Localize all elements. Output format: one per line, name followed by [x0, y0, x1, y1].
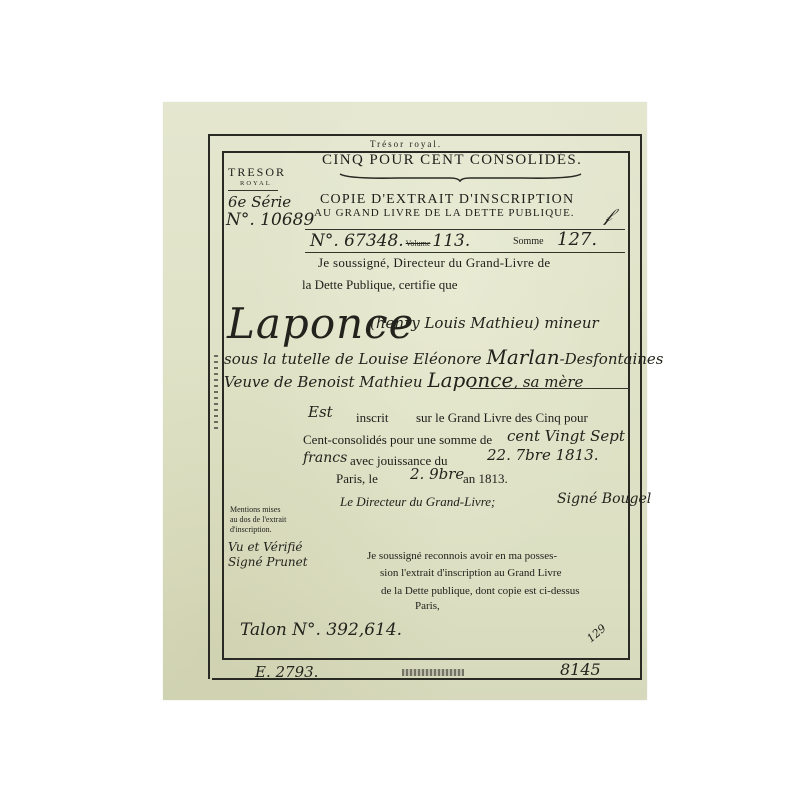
receipt-line3: de la Dette publique, dont copie est ci-… [381, 585, 580, 597]
issue-year: an 1813. [463, 471, 508, 487]
reference-number-row: N°. 67348.Volume113. [310, 231, 470, 251]
receipt-line1: Je soussigné reconnois avoir en ma posse… [367, 550, 557, 562]
stamp-royal: ROYAL [240, 180, 272, 187]
document-subtitle-line2: AU GRAND LIVRE DE LA DETTE PUBLIQUE. [314, 207, 575, 219]
certification-line1: Je soussigné, Directeur du Grand-Livre d… [318, 255, 551, 271]
talon-number: Talon N°. 392,614. [240, 620, 402, 640]
outer-border-right [640, 134, 642, 679]
serie-number: N°. 10689 [226, 210, 314, 230]
guardian-line: sous la tutelle de Louise Eléonore Marla… [224, 345, 664, 369]
volume-number: 113. [432, 231, 470, 251]
mentions-line: d'inscription. [230, 525, 286, 535]
jouissance-date: 22. 7bre 1813. [487, 446, 599, 464]
directeur-label: Le Directeur du Grand-Livre; [340, 494, 495, 510]
beneficiary-given-names: (henry Louis Mathieu) mineur [370, 314, 599, 332]
serie-label: 6e Série [228, 193, 291, 211]
footer-ornament [402, 669, 464, 676]
somme-value: 127. [557, 229, 597, 250]
est-word: Est [308, 403, 333, 421]
verified-note: Vu et Vérifié [228, 540, 308, 555]
issue-date: 2. 9bre [410, 465, 464, 483]
cent-consolides: Cent-consolidés pour une somme de [303, 432, 492, 448]
certification-line2: la Dette Publique, certifie que [302, 277, 458, 293]
brace-ornament [338, 172, 583, 182]
widow-text: Veuve de Benoist Mathieu [224, 373, 427, 391]
verifier-signature: Signé Prunet [228, 555, 308, 570]
inscription-number: N°. 67348. [310, 231, 404, 251]
sur-le-grand-livre: sur le Grand Livre des Cinq pour [416, 410, 588, 426]
francs-word: francs [303, 450, 347, 466]
mentions-line: Mentions mises [230, 505, 286, 515]
somme-label: Somme [513, 236, 544, 247]
inner-border-right [628, 151, 630, 659]
inscrit-word: inscrit [356, 410, 389, 426]
mentions-note: Vu et Vérifié Signé Prunet [228, 540, 308, 570]
receipt-line2: sion l'extrait d'inscription au Grand Li… [380, 567, 561, 579]
right-code: 8145 [560, 660, 601, 679]
ghost-bleed-through-text [171, 142, 201, 602]
paraph-flourish: 𝒻 [604, 205, 612, 226]
vertical-ornament [214, 355, 218, 433]
director-signature: Signé Bougel [557, 491, 651, 507]
guardian-text: sous la tutelle de Louise Eléonore [224, 350, 486, 368]
guardian-name-suffix: -Desfontaines [560, 350, 664, 368]
guardian-name: Marlan [486, 345, 559, 369]
outer-border-top [208, 134, 642, 136]
inner-border-left [222, 151, 224, 659]
document-title: CINQ POUR CENT CONSOLIDÉS. [322, 152, 582, 169]
volume-label: Volume [406, 239, 431, 248]
outer-border-left [208, 134, 210, 679]
paris-le: Paris, le [336, 471, 378, 487]
document-subtitle: COPIE D'EXTRAIT D'INSCRIPTION [320, 192, 574, 208]
mentions-line: au dos de l'extrait [230, 515, 286, 525]
left-code: E. 2793. [255, 663, 318, 681]
reference-row-bottom-rule [305, 252, 625, 253]
stamp-tresor: TRESOR [228, 165, 286, 180]
mentions-label: Mentions mises au dos de l'extrait d'ins… [230, 505, 286, 535]
amount-in-words: cent Vingt Sept [507, 427, 625, 445]
receipt-line4: Paris, [415, 600, 440, 612]
tresor-royal-top: Trésor royal. [370, 139, 442, 149]
stamp-rule [228, 190, 278, 191]
beneficiary-underline [470, 388, 630, 389]
